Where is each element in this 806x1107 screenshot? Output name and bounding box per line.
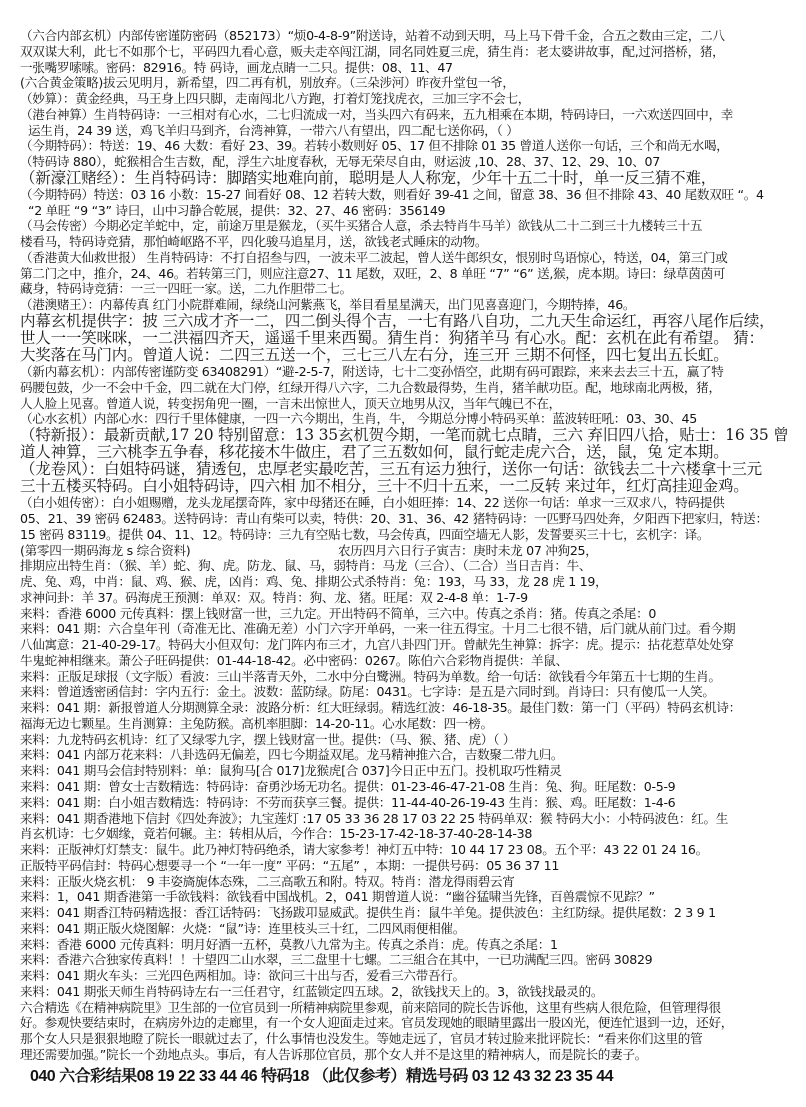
text-line: 理还需要加强。”院长一个劲地点头。事后，有人告诉那位官员，那个女人并不是这里的精…: [20, 1046, 647, 1064]
text-line: （新濠江赌经）：生肖特码诗：脚踏实地难向前，聪明是人人称宠，少年十五二十时，单一…: [20, 169, 716, 187]
lottery-result-footer: 040 六合彩结果08 19 22 33 44 46 特码18 （此仅参考）精选…: [30, 1068, 613, 1086]
text-line: 大奖落在马门内。曾道人说：二四三五送一个，三七三八左右分，连三开 三期不何怪，四…: [20, 346, 729, 364]
document-page: （六合内部玄机）内部传密谨防密码（852173）“烦0-4-8-9”附送诗，站着…: [0, 0, 806, 1107]
text-line: 三十五楼买特码。白小姐特码诗，四六相 加不相分，三十不归十五来，一二反转 来过年…: [20, 477, 749, 495]
text-line: （龙卷风）：白姐特码谜，猜透包，忠厚老实最吃苦，三五有运力独行，送你一句话：欲钱…: [20, 460, 762, 478]
text-line: 内幕玄机提供字：披 三六成才齐一二，四二倒头得个吉，一七有路八自功，二九天生命运…: [20, 312, 774, 330]
text-line: 道人神算，三六桃李五争春，移花接木牛做庄，君了三五数如何，鼠行蛇走虎六合，送，鼠…: [20, 443, 729, 461]
text-line: （特新报）：最新贡献,17 20 特别留意：13 35玄机贺今期，一笔而就七点睛…: [20, 426, 789, 444]
text-line: 世人一一笑咪咪，一二洪福四齐天，遥遥千里来西蜀。猜生肖：狗猪羊马 有心水。配：玄…: [20, 329, 764, 347]
